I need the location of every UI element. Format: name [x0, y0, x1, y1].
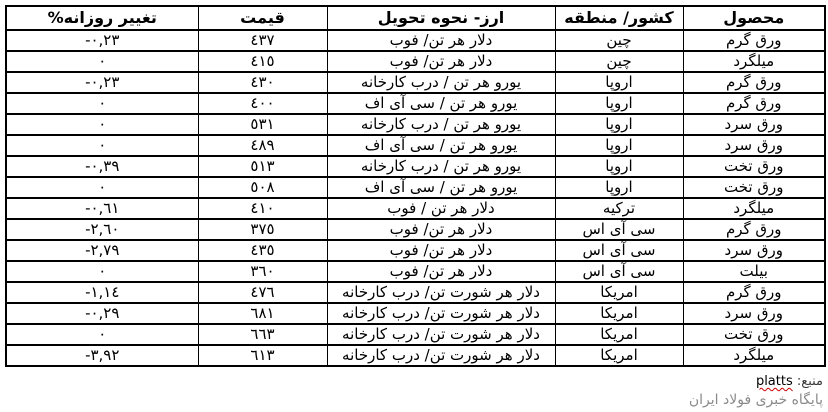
product-cell: ورق سرد	[683, 114, 825, 135]
product-value: ورق سرد	[725, 115, 783, 133]
currency-value: دلار هر شورت تن/ درب کارخانه	[342, 325, 540, 343]
region-cell: اروپا	[555, 177, 683, 198]
table-row: میلگردامریکادلار هر شورت تن/ درب کارخانه…	[6, 345, 825, 366]
header-change: تغییر روزانه%	[6, 6, 198, 30]
product-cell: ورق گرم	[683, 219, 825, 240]
region-cell: امریکا	[555, 345, 683, 366]
price-cell: ٤٣٧	[198, 30, 327, 51]
product-value: ورق تخت	[724, 157, 783, 175]
region-value: سی آی اس	[583, 220, 656, 238]
table-row: بیلتسی آی اسدلار هر تن/ فوب٣٦٠٠	[6, 261, 825, 282]
currency-cell: یورو هر تن / درب کارخانه	[327, 114, 555, 135]
region-cell: سی آی اس	[555, 219, 683, 240]
table-row: ورق سرداروپایورو هر تن / سی آی اف٤٨٩٠	[6, 135, 825, 156]
product-value: ورق سرد	[725, 241, 783, 259]
region-value: اروپا	[605, 73, 632, 91]
table-body: ورق گرمچیندلار هر تن/ فوب٤٣٧-٠,٢٣میلگردچ…	[6, 30, 825, 366]
price-cell: ٤٨٩	[198, 135, 327, 156]
region-cell: چین	[555, 51, 683, 72]
currency-cell: دلار هر تن/ فوب	[327, 240, 555, 261]
change-cell: ٠	[6, 177, 198, 198]
table-row: ورق تختاروپایورو هر تن / درب کارخانه٥١٣-…	[6, 156, 825, 177]
price-value: ٤٠٠	[250, 94, 274, 112]
currency-value: دلار هر تن/ فوب	[390, 220, 493, 238]
price-value: ٤٣٥	[250, 241, 274, 259]
product-cell: میلگرد	[683, 198, 825, 219]
change-value: ٠	[98, 94, 106, 112]
region-cell: چین	[555, 30, 683, 51]
price-value: ٦٦٣	[250, 325, 274, 343]
header-product: محصول	[683, 6, 825, 30]
change-value: -١,١٤	[85, 283, 119, 301]
product-value: میلگرد	[733, 346, 774, 364]
currency-cell: دلار هر تن/ فوب	[327, 261, 555, 282]
change-value: -٢,٦٠	[85, 220, 119, 238]
region-value: اروپا	[605, 157, 632, 175]
product-value: ورق تخت	[724, 178, 783, 196]
currency-value: دلار هر تن/ فوب	[390, 52, 493, 70]
region-cell: سی آی اس	[555, 240, 683, 261]
region-value: سی آی اس	[583, 241, 656, 259]
change-cell: ٠	[6, 135, 198, 156]
change-value: ٠	[98, 178, 106, 196]
change-value: -٣,٩٢	[85, 346, 119, 364]
product-value: ورق گرم	[726, 94, 782, 112]
price-value: ٤٣٧	[250, 31, 274, 49]
currency-value: یورو هر تن / سی آی اف	[365, 136, 518, 154]
currency-value: یورو هر تن / درب کارخانه	[361, 115, 521, 133]
change-cell: ٠	[6, 51, 198, 72]
product-cell: ورق گرم	[683, 282, 825, 303]
price-cell: ٤٣٥	[198, 240, 327, 261]
price-cell: ٥١٣	[198, 156, 327, 177]
change-cell: -٠,٦١	[6, 198, 198, 219]
table-row: ورق سردامریکادلار هر شورت تن/ درب کارخان…	[6, 303, 825, 324]
currency-value: دلار هر شورت تن/ درب کارخانه	[342, 304, 540, 322]
currency-cell: دلار هر تن/ فوب	[327, 51, 555, 72]
price-value: ٦٨١	[250, 304, 274, 322]
change-value: ٠	[98, 262, 106, 280]
region-value: اروپا	[605, 178, 632, 196]
change-cell: ٠	[6, 324, 198, 345]
price-cell: ٤٠٠	[198, 93, 327, 114]
header-region: کشور/ منطقه	[555, 6, 683, 30]
currency-cell: دلار هر شورت تن/ درب کارخانه	[327, 324, 555, 345]
price-cell: ٤٣٠	[198, 72, 327, 93]
price-cell: ٥٠٨	[198, 177, 327, 198]
change-value: -٠,٢٩	[85, 304, 119, 322]
change-cell: -٠,٢٩	[6, 303, 198, 324]
table-row: ورق تختاروپایورو هر تن / سی آی اف٥٠٨٠	[6, 177, 825, 198]
currency-value: یورو هر تن / سی آی اف	[365, 94, 518, 112]
table-row: ورق سرداروپایورو هر تن / درب کارخانه٥٣١٠	[6, 114, 825, 135]
source-value: platts	[756, 374, 793, 389]
product-value: میلگرد	[733, 199, 774, 217]
price-value: ٤١٠	[250, 199, 274, 217]
price-value: ٥١٣	[250, 157, 274, 175]
currency-value: یورو هر تن / درب کارخانه	[361, 73, 521, 91]
region-cell: ترکیه	[555, 198, 683, 219]
region-cell: اروپا	[555, 156, 683, 177]
region-cell: اروپا	[555, 72, 683, 93]
currency-cell: یورو هر تن / سی آی اف	[327, 177, 555, 198]
product-cell: ورق سرد	[683, 303, 825, 324]
currency-cell: یورو هر تن / سی آی اف	[327, 93, 555, 114]
price-cell: ٤١٠	[198, 198, 327, 219]
region-value: چین	[606, 52, 631, 70]
region-value: سی آی اس	[583, 262, 656, 280]
product-value: ورق گرم	[726, 220, 782, 238]
change-value: -٢,٧٩	[85, 241, 119, 259]
currency-value: دلار هر تن / فوب	[387, 199, 494, 217]
currency-cell: دلار هر تن/ فوب	[327, 30, 555, 51]
currency-cell: یورو هر تن / درب کارخانه	[327, 156, 555, 177]
product-cell: بیلت	[683, 261, 825, 282]
product-cell: ورق تخت	[683, 156, 825, 177]
product-cell: ورق گرم	[683, 30, 825, 51]
change-value: ٠	[98, 115, 106, 133]
product-cell: ورق گرم	[683, 93, 825, 114]
footer: منبع: platts پایگاه خبری فولاد ایران	[5, 373, 823, 410]
region-value: چین	[606, 31, 631, 49]
change-value: ٠	[98, 52, 106, 70]
change-value: -٠,٢٣	[85, 73, 119, 91]
table-row: ورق سردسی آی اسدلار هر تن/ فوب٤٣٥-٢,٧٩	[6, 240, 825, 261]
change-cell: -٢,٧٩	[6, 240, 198, 261]
change-cell: -٠,٣٩	[6, 156, 198, 177]
steel-price-table: محصول کشور/ منطقه ارز- نحوه تحویل قیمت ت…	[5, 5, 826, 367]
product-value: ورق سرد	[725, 136, 783, 154]
currency-value: دلار هر تن/ فوب	[390, 241, 493, 259]
table-row: میلگردچیندلار هر تن/ فوب٤١٥٠	[6, 51, 825, 72]
steel-price-sheet: محصول کشور/ منطقه ارز- نحوه تحویل قیمت ت…	[0, 0, 828, 412]
header-price: قیمت	[198, 6, 327, 30]
change-value: -٠,٦١	[85, 199, 119, 217]
change-cell: -١,١٤	[6, 282, 198, 303]
table-row: میلگردترکیهدلار هر تن / فوب٤١٠-٠,٦١	[6, 198, 825, 219]
product-cell: ورق تخت	[683, 324, 825, 345]
region-value: امریکا	[600, 283, 638, 301]
currency-value: یورو هر تن / سی آی اف	[365, 178, 518, 196]
currency-value: دلار هر تن/ فوب	[390, 31, 493, 49]
site-name: پایگاه خبری فولاد ایران	[5, 391, 823, 410]
region-value: امریکا	[600, 325, 638, 343]
change-value: -٠,٣٩	[85, 157, 119, 175]
price-cell: ٦١٣	[198, 345, 327, 366]
change-value: ٠	[98, 325, 106, 343]
price-value: ٣٦٠	[250, 262, 274, 280]
currency-value: دلار هر شورت تن/ درب کارخانه	[342, 283, 540, 301]
product-value: میلگرد	[733, 52, 774, 70]
price-value: ٥٠٨	[250, 178, 274, 196]
price-value: ٤١٥	[250, 52, 274, 70]
region-value: اروپا	[605, 115, 632, 133]
price-value: ٦١٣	[250, 346, 274, 364]
region-value: امریکا	[600, 346, 638, 364]
table-row: ورق گرمچیندلار هر تن/ فوب٤٣٧-٠,٢٣	[6, 30, 825, 51]
table-row: ورق گرمسی آی اسدلار هر تن/ فوب٣٧٥-٢,٦٠	[6, 219, 825, 240]
product-cell: میلگرد	[683, 51, 825, 72]
table-row: ورق گرماروپایورو هر تن / سی آی اف٤٠٠٠	[6, 93, 825, 114]
currency-cell: دلار هر شورت تن/ درب کارخانه	[327, 282, 555, 303]
change-cell: -٢,٦٠	[6, 219, 198, 240]
price-cell: ٤١٥	[198, 51, 327, 72]
product-cell: میلگرد	[683, 345, 825, 366]
currency-cell: دلار هر تن/ فوب	[327, 219, 555, 240]
region-value: اروپا	[605, 94, 632, 112]
region-cell: سی آی اس	[555, 261, 683, 282]
price-value: ٤٨٩	[250, 136, 274, 154]
table-header: محصول کشور/ منطقه ارز- نحوه تحویل قیمت ت…	[6, 6, 825, 30]
product-value: ورق تخت	[724, 325, 783, 343]
product-cell: ورق سرد	[683, 240, 825, 261]
source-label: منبع:	[797, 374, 823, 389]
change-value: -٠,٢٣	[85, 31, 119, 49]
price-cell: ٤٧٦	[198, 282, 327, 303]
region-cell: امریکا	[555, 282, 683, 303]
product-value: بیلت	[740, 262, 768, 280]
price-cell: ٦٨١	[198, 303, 327, 324]
price-cell: ٣٧٥	[198, 219, 327, 240]
currency-value: دلار هر تن/ فوب	[390, 262, 493, 280]
product-cell: ورق تخت	[683, 177, 825, 198]
region-cell: اروپا	[555, 114, 683, 135]
currency-cell: یورو هر تن / درب کارخانه	[327, 72, 555, 93]
change-cell: ٠	[6, 114, 198, 135]
price-value: ٤٣٠	[250, 73, 274, 91]
price-value: ٥٣١	[250, 115, 274, 133]
table-row: ورق گرمامریکادلار هر شورت تن/ درب کارخان…	[6, 282, 825, 303]
price-value: ٣٧٥	[250, 220, 274, 238]
change-cell: -٠,٢٣	[6, 72, 198, 93]
currency-value: یورو هر تن / درب کارخانه	[361, 157, 521, 175]
product-value: ورق گرم	[726, 73, 782, 91]
region-cell: امریکا	[555, 324, 683, 345]
region-value: امریکا	[600, 304, 638, 322]
region-cell: اروپا	[555, 135, 683, 156]
region-value: اروپا	[605, 136, 632, 154]
change-value: ٠	[98, 136, 106, 154]
source-line: منبع: platts	[5, 373, 823, 391]
product-value: ورق گرم	[726, 283, 782, 301]
header-currency: ارز- نحوه تحویل	[327, 6, 555, 30]
product-value: ورق گرم	[726, 31, 782, 49]
price-cell: ٣٦٠	[198, 261, 327, 282]
currency-value: دلار هر شورت تن/ درب کارخانه	[342, 346, 540, 364]
header-row: محصول کشور/ منطقه ارز- نحوه تحویل قیمت ت…	[6, 6, 825, 30]
region-cell: اروپا	[555, 93, 683, 114]
price-cell: ٥٣١	[198, 114, 327, 135]
region-cell: امریکا	[555, 303, 683, 324]
currency-cell: یورو هر تن / سی آی اف	[327, 135, 555, 156]
price-value: ٤٧٦	[250, 283, 274, 301]
currency-cell: دلار هر شورت تن/ درب کارخانه	[327, 303, 555, 324]
product-cell: ورق گرم	[683, 72, 825, 93]
table-row: ورق گرماروپایورو هر تن / درب کارخانه٤٣٠-…	[6, 72, 825, 93]
currency-cell: دلار هر شورت تن/ درب کارخانه	[327, 345, 555, 366]
change-cell: ٠	[6, 93, 198, 114]
product-cell: ورق سرد	[683, 135, 825, 156]
product-value: ورق سرد	[725, 304, 783, 322]
change-cell: -٣,٩٢	[6, 345, 198, 366]
change-cell: ٠	[6, 261, 198, 282]
region-value: ترکیه	[603, 199, 635, 217]
currency-cell: دلار هر تن / فوب	[327, 198, 555, 219]
table-row: ورق تختامریکادلار هر شورت تن/ درب کارخان…	[6, 324, 825, 345]
price-cell: ٦٦٣	[198, 324, 327, 345]
change-cell: -٠,٢٣	[6, 30, 198, 51]
